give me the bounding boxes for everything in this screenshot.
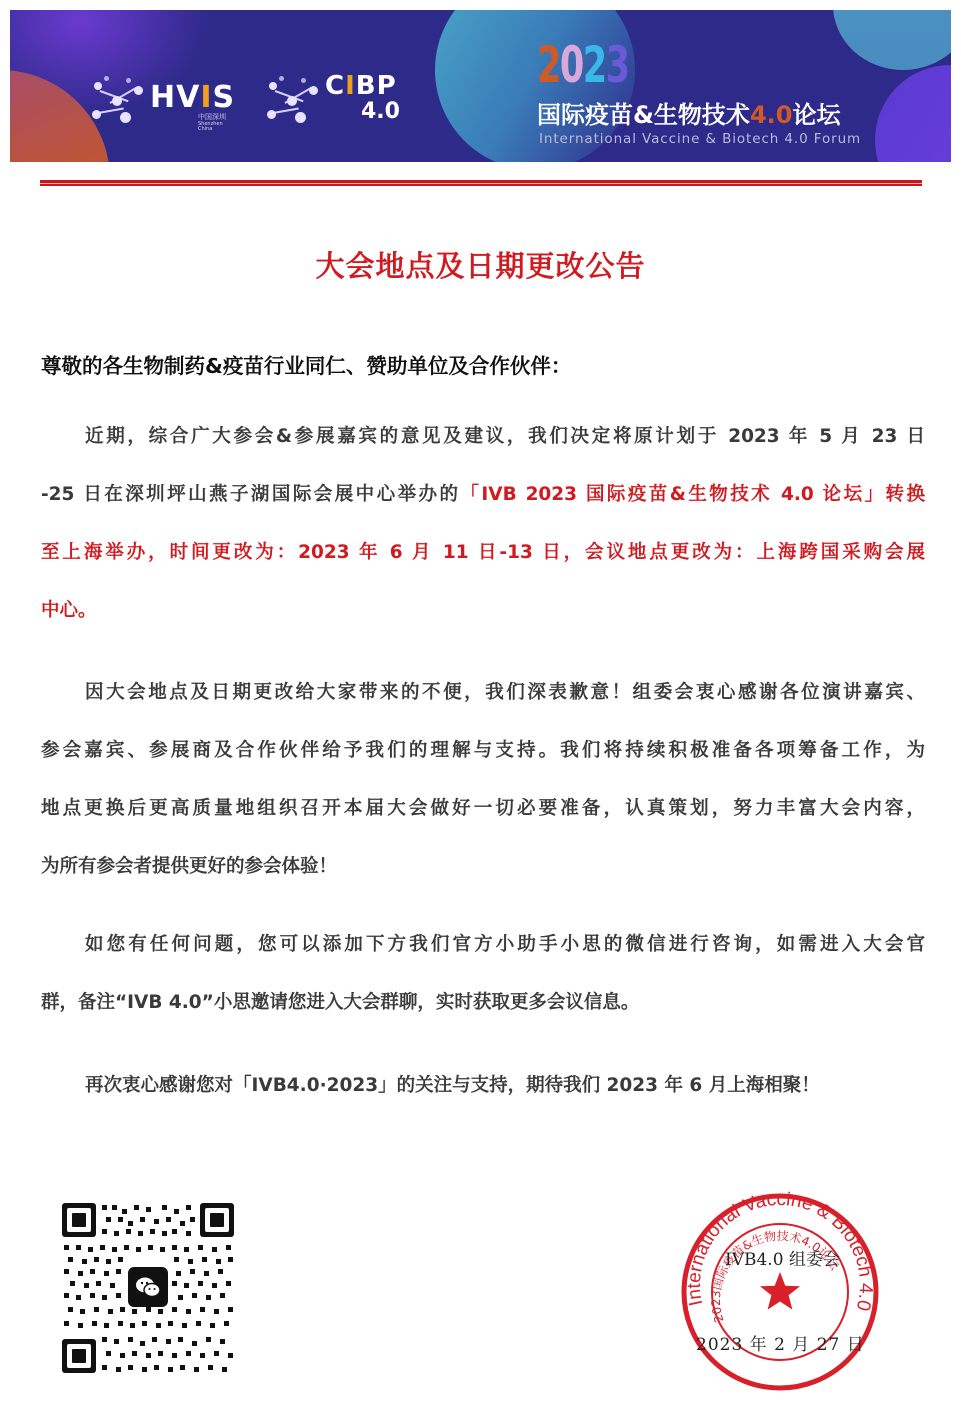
hvis-logo: HVIS 中国深圳 Shenzhen China <box>90 72 235 124</box>
paragraph-line: 中心。 <box>41 591 925 649</box>
paragraph-line: 群，备注“IVB 4.0”小思邀请您进入大会群聊，实时获取更多会议信息。 <box>41 983 925 1041</box>
paragraph-thanks: 再次衷心感谢您对「IVB4.0·2023」的关注与支持，期待我们 2023 年 … <box>41 1066 925 1124</box>
banner-purple-circle-decoration <box>875 65 951 162</box>
paragraph-apology: 因大会地点及日期更改给大家带来的不便，我们深表歉意！组委会衷心感谢各位演讲嘉宾、… <box>41 673 925 905</box>
paragraph-change-notice: 近期，综合广大参会&参展嘉宾的意见及建议，我们决定将原计划于 2023 年 5 … <box>41 417 925 649</box>
paragraph-line: 近期，综合广大参会&参展嘉宾的意见及建议，我们决定将原计划于 2023 年 5 … <box>41 417 925 475</box>
red-double-divider <box>40 180 922 187</box>
paragraph-line: 至上海举办，时间更改为：2023 年 6 月 11 日-13 日，会议地点更改为… <box>41 533 925 591</box>
wechat-icon <box>128 1267 168 1307</box>
forum-title-cn: 国际疫苗&生物技术4.0论坛 <box>537 103 840 127</box>
signature-date: 2023 年 2 月 27 日 <box>696 1330 865 1355</box>
highlighted-event-name: 「IVB 2023 国际疫苗&生物技术 4.0 论坛」转换 <box>460 484 925 505</box>
paragraph-line: 参会嘉宾、参展商及合作伙伴给予我们的理解与支持。我们将持续积极准备各项筹备工作，… <box>41 731 925 789</box>
paragraph-contact: 如您有任何问题，您可以添加下方我们官方小助手小思的微信进行咨询，如需进入大会官 … <box>41 925 925 1041</box>
star-icon <box>760 1272 800 1310</box>
paragraph-line: 地点更换后更高质量地组织召开本届大会做好一切必要准备，认真策划，努力丰富大会内容… <box>41 789 925 847</box>
wechat-qr-code[interactable] <box>62 1203 234 1373</box>
salutation: 尊敬的各生物制药&疫苗行业同仁、赞助单位及合作伙伴： <box>41 351 571 381</box>
molecule-icon <box>265 72 323 124</box>
hvis-logo-location: 中国深圳 Shenzhen China <box>198 114 235 133</box>
paragraph-line: -25 日在深圳坪山燕子湖国际会展中心举办的「IVB 2023 国际疫苗&生物技… <box>41 475 925 533</box>
paragraph-line: 为所有参会者提供更好的参会体验！ <box>41 847 925 905</box>
banner-teal-circle-right-decoration <box>833 10 951 70</box>
cibp-logo-version: 4.0 <box>361 101 400 123</box>
cibp-logo: CIBP 4.0 <box>265 72 400 124</box>
paragraph-line: 如您有任何问题，您可以添加下方我们官方小助手小思的微信进行咨询，如需进入大会官 <box>41 925 925 983</box>
cibp-logo-text: CIBP <box>325 73 400 99</box>
forum-year: 2023 <box>537 40 628 90</box>
paragraph-line: 因大会地点及日期更改给大家带来的不便，我们深表歉意！组委会衷心感谢各位演讲嘉宾、 <box>41 673 925 731</box>
seal-inner-text: 2023国际疫苗&生物技术4.0论坛 <box>709 1228 842 1324</box>
header-banner: HVIS 中国深圳 Shenzhen China CIBP 4.0 <box>10 10 951 162</box>
hvis-logo-text: HVIS <box>150 83 235 113</box>
official-seal: International Vaccine & Biotech 4.0 Foru… <box>680 1192 880 1392</box>
forum-title-en: International Vaccine & Biotech 4.0 Foru… <box>539 133 861 147</box>
notice-title: 大会地点及日期更改公告 <box>0 246 961 286</box>
molecule-icon <box>90 72 148 124</box>
paragraph-line: 再次衷心感谢您对「IVB4.0·2023」的关注与支持，期待我们 2023 年 … <box>41 1066 925 1124</box>
signature-organization: IVB4.0 组委会 <box>725 1245 840 1270</box>
